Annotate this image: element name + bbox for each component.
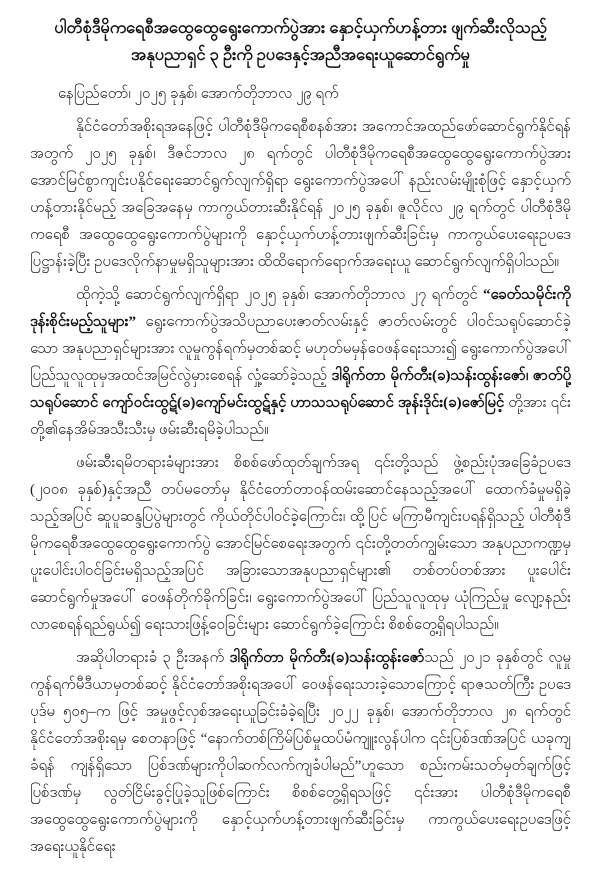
paragraph-1: နိုင်ငံတော်အစိုးရအနေဖြင့် ပါတီစုံဒီမိုကရ… [30, 114, 571, 276]
document-title-line-1: ပါတီစုံဒီမိုကရေစီအထွေထွေရွေးကောက်ပွဲအား … [54, 18, 547, 37]
paragraph-4-text: အဆိုပါတရားခံ ၃ ဦးအနက် [76, 650, 229, 666]
dateline: နေပြည်တော်၊ ၂၀၂၅ ခုနှစ်၊ အောက်တိုဘာလ ၂၉ … [30, 81, 571, 108]
paragraph-4: အဆိုပါတရားခံ ၃ ဦးအနက် ဒါရိုက်တာ မိုက်တီး… [30, 645, 571, 861]
paragraph-3: ဖမ်းဆီးရမိတရားခံများအား စိစစ်ဖော်ထုတ်ချက… [30, 450, 571, 639]
paragraph-2: ထိုကဲ့သို့ ဆောင်ရွက်လျက်ရှိရာ ၂၀၂၅ ခုနှစ… [30, 282, 571, 444]
document-title-line-2: အနုပညာရှင် ၃ ဦးကို ဥပဒေနှင့်အညီအရေးယူဆော… [131, 45, 470, 64]
paragraph-2-text: ထိုကဲ့သို့ ဆောင်ရွက်လျက်ရှိရာ ၂၀၂၅ ခုနှစ… [76, 287, 483, 303]
document-page: ပါတီစုံဒီမိုကရေစီအထွေထွေရွေးကောက်ပွဲအား … [0, 0, 601, 869]
paragraph-1-text: နိုင်ငံတော်အစိုးရအနေဖြင့် ပါတီစုံဒီမိုကရ… [30, 119, 571, 270]
document-title: ပါတီစုံဒီမိုကရေစီအထွေထွေရွေးကောက်ပွဲအား … [30, 14, 571, 68]
director-name: ဒါရိုက်တာ မိုက်တီး(ခ)သန်းထွန်းဇော် [229, 650, 424, 666]
paragraph-4-text: သည် ၂၀၂၁ ခုနှစ်တွင် လူမှုကွန်ရက်မီဒီယာမှ… [30, 650, 571, 855]
paragraph-3-text: ဖမ်းဆီးရမိတရားခံများအား စိစစ်ဖော်ထုတ်ချက… [30, 455, 571, 633]
